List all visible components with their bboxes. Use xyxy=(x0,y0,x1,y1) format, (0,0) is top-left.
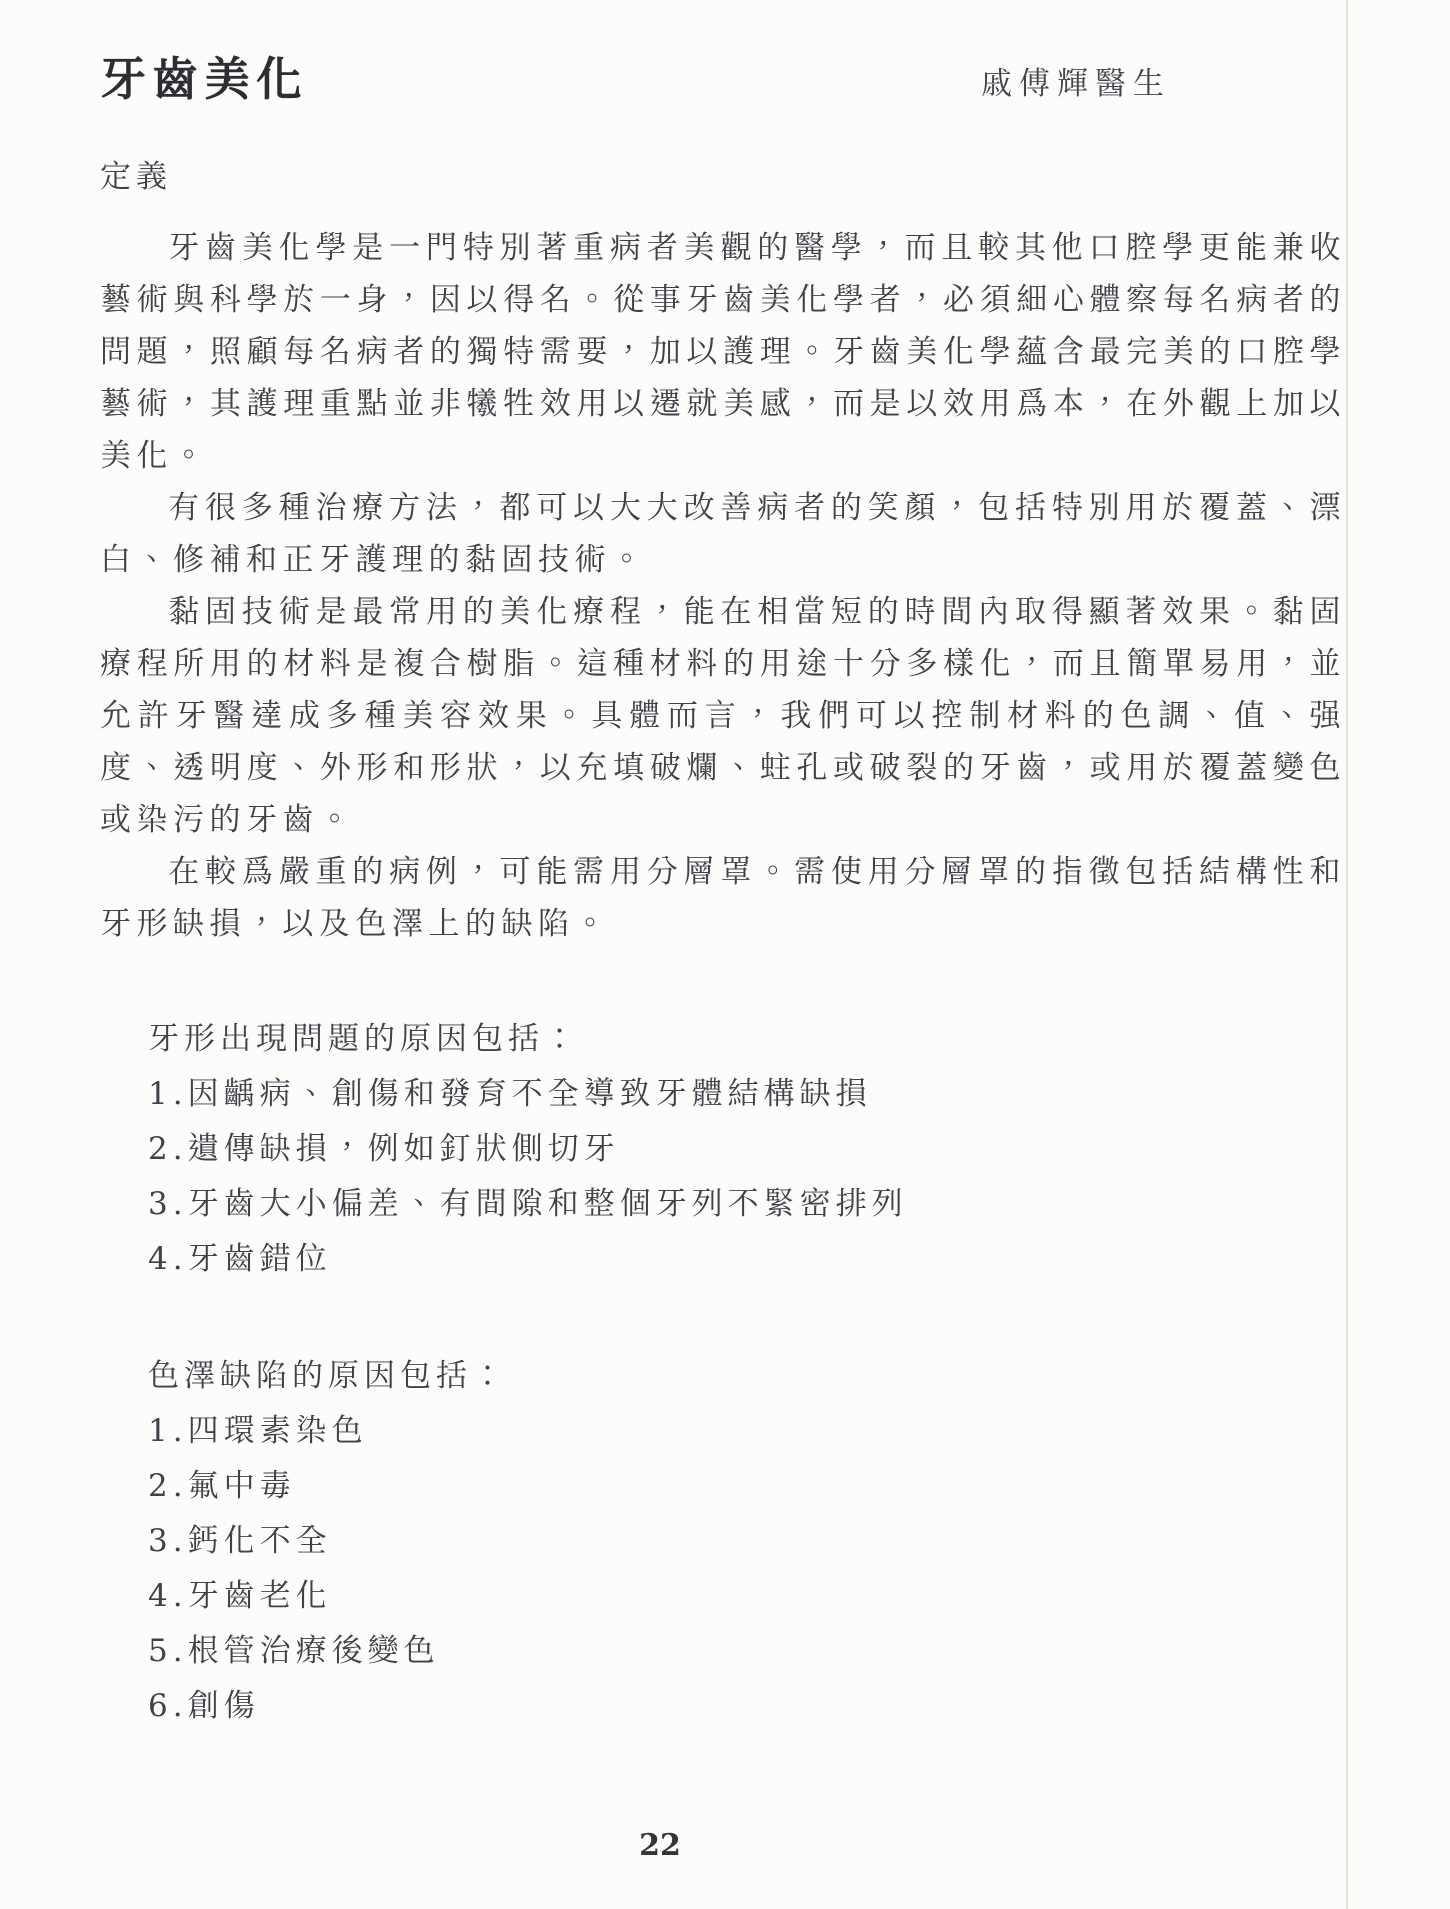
page-title: 牙齒美化 xyxy=(100,52,308,107)
body-text: 牙齒美化學是一門特別著重病者美觀的醫學，而且較其他口腔學更能兼收藝術與科學於一身… xyxy=(100,222,1346,950)
list-item: 6.創傷 xyxy=(148,1679,1346,1734)
list-item: 4.牙齒老化 xyxy=(148,1569,1346,1624)
paragraph-definition-1: 牙齒美化學是一門特別著重病者美觀的醫學，而且較其他口腔學更能兼收藝術與科學於一身… xyxy=(100,222,1346,482)
list-item: 4.牙齒錯位 xyxy=(148,1232,1346,1287)
section-label-definition: 定義 xyxy=(100,151,1346,196)
list-item: 2.遺傳缺損，例如釘狀側切牙 xyxy=(148,1122,1346,1177)
scanned-document-page: 牙齒美化 戚傅輝醫生 定義 牙齒美化學是一門特別著重病者美觀的醫學，而且較其他口… xyxy=(0,0,1450,1909)
list-heading-color-defects: 色澤缺陷的原因包括： xyxy=(148,1349,1346,1404)
page-number: 22 xyxy=(0,1828,1320,1863)
list-tooth-shape-causes: 牙形出現問題的原因包括： 1.因齲病、創傷和發育不全導致牙體結構缺損 2.遺傳缺… xyxy=(148,1012,1346,1287)
paragraph-laminate-veneer: 在較爲嚴重的病例，可能需用分層罩。需使用分層罩的指徵包括結構性和牙形缺損，以及色… xyxy=(100,846,1346,950)
list-color-defect-causes: 色澤缺陷的原因包括： 1.四環素染色 2.氟中毒 3.鈣化不全 4.牙齒老化 5… xyxy=(148,1349,1346,1734)
list-item: 3.牙齒大小偏差、有間隙和整個牙列不緊密排列 xyxy=(148,1177,1346,1232)
list-item: 1.因齲病、創傷和發育不全導致牙體結構缺損 xyxy=(148,1067,1346,1122)
paragraph-bonding: 黏固技術是最常用的美化療程，能在相當短的時間內取得顯著效果。黏固療程所用的材料是… xyxy=(100,586,1346,846)
scan-artifact-line xyxy=(1346,0,1348,1909)
document-content: 牙齒美化 戚傅輝醫生 定義 牙齒美化學是一門特別著重病者美觀的醫學，而且較其他口… xyxy=(100,52,1346,1734)
list-item: 5.根管治療後變色 xyxy=(148,1624,1346,1679)
list-item: 3.鈣化不全 xyxy=(148,1514,1346,1569)
list-item: 2.氟中毒 xyxy=(148,1459,1346,1514)
list-heading-tooth-shape: 牙形出現問題的原因包括： xyxy=(148,1012,1346,1067)
paragraph-treatments: 有很多種治療方法，都可以大大改善病者的笑顏，包括特別用於覆蓋、漂白、修補和正牙護… xyxy=(100,482,1346,586)
list-item: 1.四環素染色 xyxy=(148,1404,1346,1459)
author-name: 戚傅輝醫生 xyxy=(981,58,1346,107)
document-header: 牙齒美化 戚傅輝醫生 xyxy=(100,52,1346,107)
